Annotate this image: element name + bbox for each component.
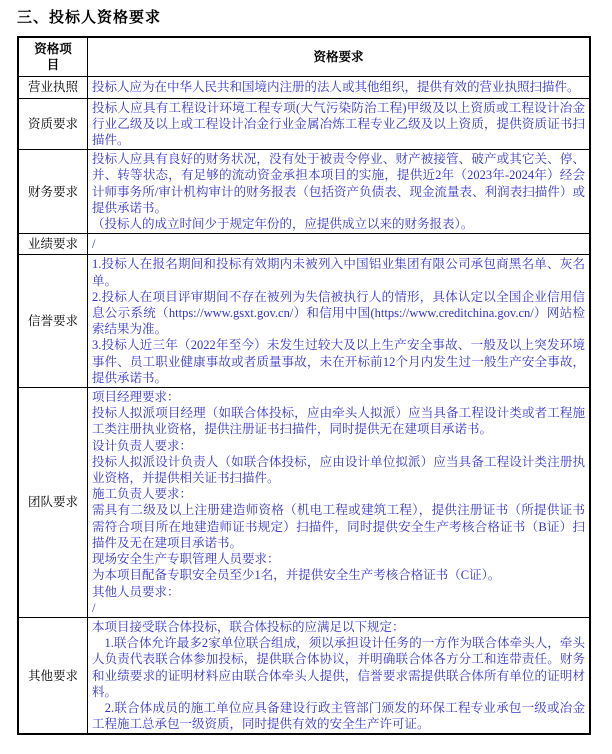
row-label: 业绩要求 — [18, 234, 88, 255]
row-requirement-content: 本项目接受联合体投标，联合体投标的应满足以下规定： 1.联合体允许最多2家单位联… — [88, 617, 591, 734]
row-label: 其他要求 — [18, 617, 88, 734]
row-label: 信誉要求 — [18, 255, 88, 388]
row-label: 营业执照 — [18, 77, 88, 98]
qualification-row-performance: 业绩要求 / — [18, 234, 590, 255]
row-requirement-content: / — [88, 234, 591, 255]
header-cell-qualification-requirement: 资格要求 — [88, 37, 591, 77]
row-requirement-content: 投标人应为在中华人民共和国境内注册的法人或其他组织，提供有效的营业执照扫描件。 — [88, 77, 591, 98]
header-cell-qualification-item: 资格项 目 — [18, 37, 88, 77]
row-requirement-content: 1.投标人在报名期间和投标有效期内未被列入中国铝业集团有限公司承包商黑名单、灰名… — [88, 255, 591, 388]
page-title: 三、投标人资格要求 — [17, 6, 612, 27]
qualification-table: 资格项 目 资格要求 营业执照 投标人应为在中华人民共和国境内注册的法人或其他组… — [17, 36, 591, 735]
qualification-row-qualification: 资质要求 投标人应具有工程设计环境工程专项(大气污染防治工程)甲级及以上资质或工… — [18, 98, 590, 150]
qualification-row-team: 团队要求 项目经理要求： 投标人拟派项目经理（如联合体投标，应由牵头人拟派）应当… — [18, 388, 590, 618]
qualification-row-reputation: 信誉要求 1.投标人在报名期间和投标有效期内未被列入中国铝业集团有限公司承包商黑… — [18, 255, 590, 388]
row-requirement-content: 项目经理要求： 投标人拟派项目经理（如联合体投标，应由牵头人拟派）应当具备工程设… — [88, 388, 591, 618]
qualification-row-other: 其他要求 本项目接受联合体投标，联合体投标的应满足以下规定： 1.联合体允许最多… — [18, 617, 590, 734]
qualification-row-financial: 财务要求 投标人应具有良好的财务状况，没有处于被责令停业、财产被接管、破产或其它… — [18, 150, 590, 234]
table-header-row: 资格项 目 资格要求 — [18, 37, 590, 77]
row-label: 团队要求 — [18, 388, 88, 618]
row-requirement-content: 投标人应具有工程设计环境工程专项(大气污染防治工程)甲级及以上资质或工程设计冶金… — [88, 98, 591, 150]
row-label: 财务要求 — [18, 150, 88, 234]
row-label: 资质要求 — [18, 98, 88, 150]
qualification-row-business-license: 营业执照 投标人应为在中华人民共和国境内注册的法人或其他组织，提供有效的营业执照… — [18, 77, 590, 98]
document-page: 三、投标人资格要求 资格项 目 资格要求 营业执照 投标人应为在中华人民共和国境… — [0, 0, 612, 754]
row-requirement-content: 投标人应具有良好的财务状况，没有处于被责令停业、财产被接管、破产或其它关、停、并… — [88, 150, 591, 234]
